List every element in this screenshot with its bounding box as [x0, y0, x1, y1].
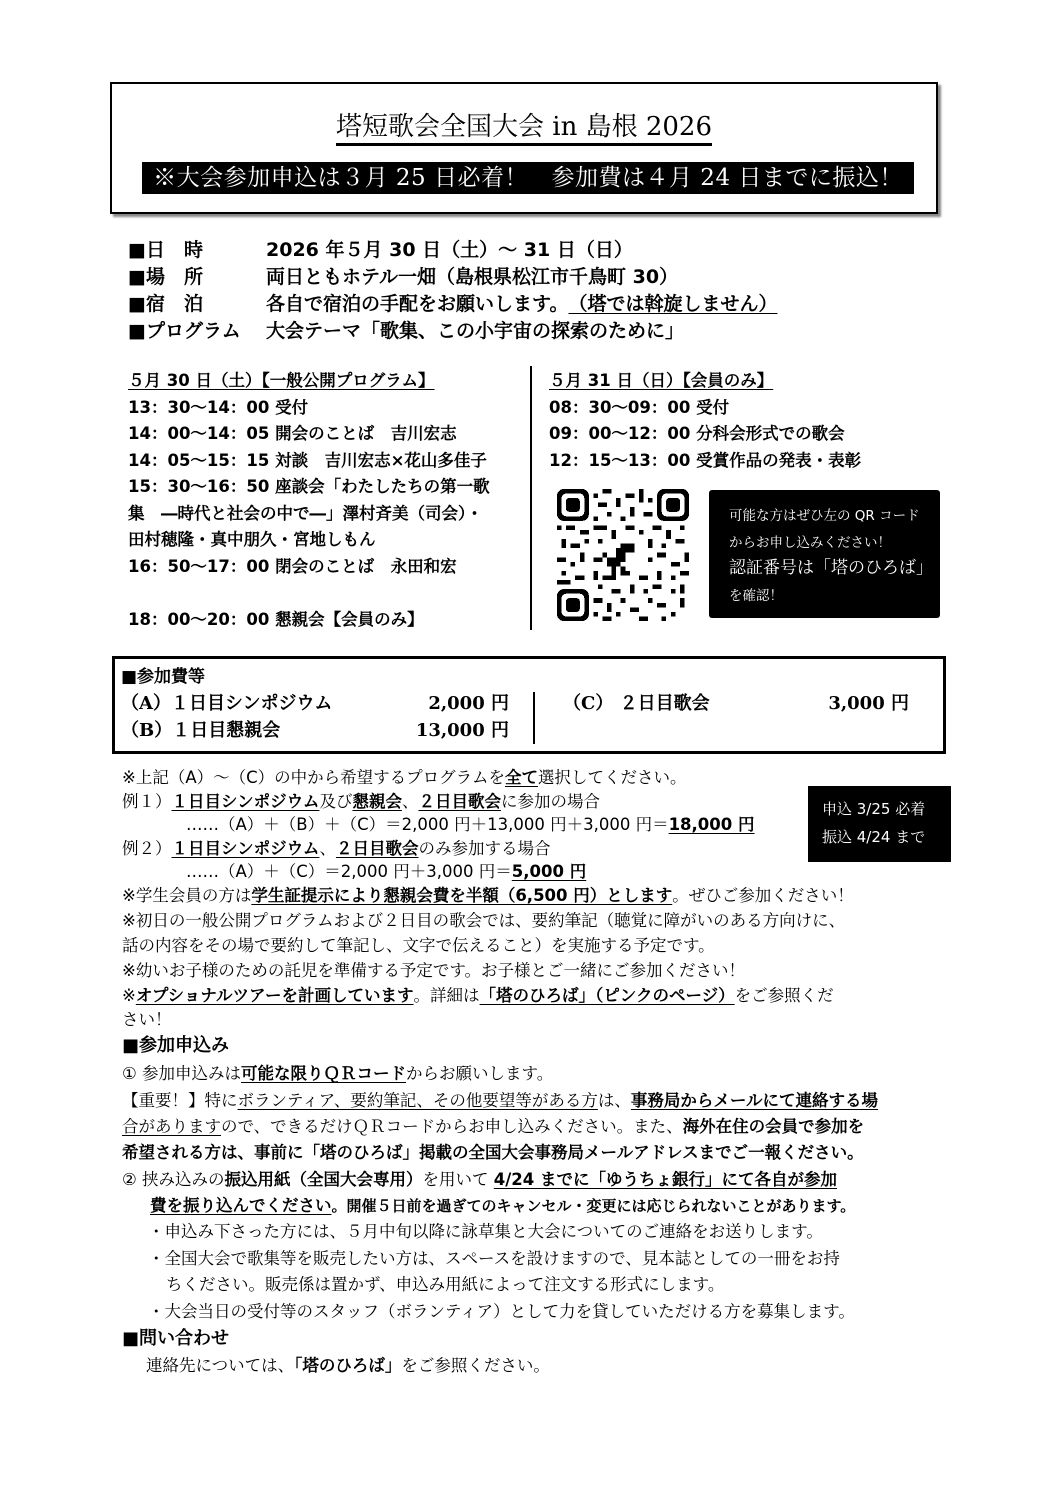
- text: ので、できるだけＱＲコードからお申し込みください。また、: [221, 1117, 683, 1136]
- qr-note-line: からお申し込みください！: [729, 531, 891, 551]
- fee-amount-b: 13,000 円: [385, 716, 509, 742]
- apply-bullet-3: ・大会当日の受付等のスタッフ（ボランティア）として力を貸していただける方を募集し…: [148, 1298, 855, 1322]
- text: のみ参加する場合: [418, 839, 550, 858]
- info-date: ■日 時2026 年５月 30 日（土）～ 31 日（日）: [128, 235, 633, 262]
- text: からお願いします。: [406, 1064, 553, 1083]
- emphasis: 可能な限りＱＲコード: [241, 1064, 406, 1083]
- info-lodging: ■宿 泊各自で宿泊の手配をお願いします。（塔では斡旋しません）: [128, 289, 778, 316]
- note-summary-line1: ※初日の一般公開プログラムおよび２日目の歌会では、要約筆記（聴覚に障がいのある方…: [122, 907, 845, 931]
- apply-item-2: ② 挟み込みの振込用紙（全国大会専用）を用いて 4/24 までに「ゆうちょ銀行」…: [122, 1166, 837, 1190]
- emphasis: ２日目歌会: [418, 792, 501, 811]
- example-1-title: 例１）１日目シンポジウム及び懇親会、２日目歌会に参加の場合: [122, 788, 600, 812]
- info-label: ■宿 泊: [128, 289, 266, 316]
- info-label: ■プログラム: [128, 316, 266, 343]
- schedule-item: 08：30～09：00 受付: [549, 395, 861, 422]
- qr-note-line: 認証番号は「塔のひろば」: [729, 553, 933, 578]
- emphasis: １日目シンポジウム: [172, 839, 320, 858]
- text: 。詳細は: [414, 986, 480, 1005]
- example-1-calc: ……（A）＋（B）＋（C）＝2,000 円＋13,000 円＋3,000 円＝1…: [186, 811, 755, 835]
- schedule-item: 12：15～13：00 受賞作品の発表・表彰: [549, 448, 861, 475]
- note-select-all: ※上記（A）～（C）の中から希望するプログラムを全て選択してください。: [122, 764, 686, 788]
- text: 【重要！】特に: [122, 1091, 238, 1110]
- schedule-item: 18：00～20：00 懇親会【会員のみ】: [128, 607, 490, 634]
- text: ※: [122, 986, 136, 1005]
- text: 、: [402, 792, 419, 811]
- info-label: ■場 所: [128, 262, 266, 289]
- text: ※上記（A）～（C）の中から希望するプログラムを: [122, 768, 505, 787]
- emphasis: 事務局からメールにて連絡する場: [631, 1091, 878, 1110]
- qr-code-icon[interactable]: [554, 489, 692, 621]
- emphasis: １日目シンポジウム: [172, 792, 320, 811]
- text: ……（A）＋（C）＝2,000 円＋3,000 円＝: [186, 862, 512, 881]
- note-childcare: ※幼いお子様のための託児を準備する予定です。お子様とご一緒にご参加ください！: [122, 957, 745, 981]
- apply-item-2-cont: 費を振り込んでください。開催５日前を過ぎてのキャンセル・変更には応じられないこと…: [150, 1192, 855, 1216]
- text: ① 参加申込みは: [122, 1064, 241, 1083]
- text: 。ぜひご参加ください！: [672, 886, 854, 905]
- total: 18,000 円: [669, 815, 755, 834]
- day2-heading: ５月 31 日（日）【会員のみ】: [549, 368, 861, 395]
- text: 、: [319, 839, 336, 858]
- apply-important-3: 希望される方は、事前に「塔のひろば」掲載の全国大会事務局メールアドレスまでご一報…: [122, 1139, 864, 1163]
- emphasis: 「塔のひろば」: [294, 1356, 401, 1375]
- apply-important-1: 【重要！】特にボランティア、要約筆記、その他要望等がある方は、事務局からメールに…: [122, 1087, 878, 1111]
- info-venue: ■場 所両日ともホテル一畑（島根県松江市千鳥町 30）: [128, 262, 678, 289]
- qr-note-line: 可能な方はぜひ左の QR コード: [729, 504, 920, 524]
- schedule-item: 集 ―時代と社会の中で―」澤村斉美（司会）・: [128, 501, 490, 528]
- page-title: 塔短歌会全国大会 in 島根 2026: [112, 106, 936, 143]
- column-divider: [530, 366, 532, 630]
- apply-bullet-1: ・申込み下さった方には、５月中旬以降に詠草集と大会についてのご連絡をお送りします…: [148, 1218, 823, 1242]
- fee-heading: ■参加費等: [121, 662, 205, 687]
- emphasis: 「塔のひろば」（ピンクのページ）: [480, 986, 735, 1005]
- text: 選択してください。: [538, 768, 687, 787]
- text: を用いて: [423, 1170, 494, 1189]
- total: 5,000 円: [512, 862, 586, 881]
- emphasis: ボランティア、要約筆記、その他要望等がある方: [238, 1091, 598, 1110]
- title-box: 塔短歌会全国大会 in 島根 2026 ※大会参加申込は３月 25 日必着！ 参…: [110, 82, 938, 214]
- text: 連絡先については、: [146, 1356, 294, 1375]
- apply-bullet-2-cont: ちください。販売係は置かず、申込み用紙によって注文する形式にします。: [166, 1271, 724, 1295]
- text: をご参照くだ: [735, 986, 834, 1005]
- page-title-text: 塔短歌会全国大会 in 島根 2026: [336, 112, 712, 146]
- fee-label-b: （B）１日目懇親会: [121, 716, 280, 742]
- deadline-banner: ※大会参加申込は３月 25 日必着！ 参加費は４月 24 日までに振込！: [142, 162, 914, 194]
- text: 及び: [319, 792, 352, 811]
- schedule-item: 田村穂隆・真中朋久・宮地しもん: [128, 527, 490, 554]
- qr-note-line: を確認！: [729, 584, 783, 604]
- deadline-payment: 振込 4/24 まで: [822, 826, 925, 847]
- deadline-badge: 申込 3/25 必着 振込 4/24 まで: [808, 786, 951, 862]
- schedule-item: 15：30～16：50 座談会「わたしたちの第一歌: [128, 474, 490, 501]
- contact-heading: ■問い合わせ: [122, 1324, 229, 1350]
- text: に参加の場合: [501, 792, 600, 811]
- emphasis: 振込用紙（全国大会専用）: [225, 1170, 423, 1189]
- schedule-item: 16：50～17：00 閉会のことば 永田和宏: [128, 554, 490, 581]
- fee-table: ■参加費等 （A）１日目シンポジウム 2,000 円 （B）１日目懇親会 13,…: [112, 656, 946, 754]
- emphasis: 4/24 までに「ゆうちょ銀行」にて各自が参加: [494, 1170, 837, 1189]
- schedule-item: [128, 580, 490, 607]
- info-value: 大会テーマ「歌集、この小宇宙の探索のために」: [266, 316, 684, 343]
- fee-label-c: （C） ２日目歌会: [563, 689, 710, 715]
- text: 例２）: [122, 839, 172, 858]
- text: ② 挟み込みの: [122, 1170, 225, 1189]
- text: 。開催５日前を過ぎてのキャンセル・変更には応じられないことがあります。: [332, 1197, 856, 1215]
- text: ※学生会員の方は: [122, 886, 251, 905]
- fee-amount-a: 2,000 円: [385, 689, 509, 715]
- emphasis: 学生証提示により懇親会費を半額（6,500 円）とします: [251, 886, 672, 905]
- apply-item-1: ① 参加申込みは可能な限りＱＲコードからお願いします。: [122, 1060, 553, 1084]
- apply-important-2: 合がありますので、できるだけＱＲコードからお申し込みください。また、海外在住の会…: [122, 1113, 864, 1137]
- info-value: 各自で宿泊の手配をお願いします。: [266, 289, 568, 316]
- emphasis: 費を振り込んでください: [150, 1196, 332, 1215]
- contact-text: 連絡先については、「塔のひろば」をご参照ください。: [146, 1352, 550, 1376]
- deadline-apply: 申込 3/25 必着: [822, 798, 925, 819]
- schedule-item: 14：05～15：15 対談 吉川宏志×花山多佳子: [128, 448, 490, 475]
- example-2-calc: ……（A）＋（C）＝2,000 円＋3,000 円＝5,000 円: [186, 858, 586, 882]
- example-2-title: 例２）１日目シンポジウム、２日目歌会のみ参加する場合: [122, 835, 550, 859]
- text: は、: [598, 1091, 631, 1110]
- emphasis: 海外在住の会員で参加を: [683, 1117, 865, 1136]
- fee-label-a: （A）１日目シンポジウム: [121, 689, 332, 715]
- emphasis: ２日目歌会: [336, 839, 419, 858]
- fee-divider: [533, 692, 535, 744]
- info-label: ■日 時: [128, 235, 266, 262]
- info-value: 2026 年５月 30 日（土）～ 31 日（日）: [266, 235, 633, 262]
- note-student: ※学生会員の方は学生証提示により懇親会費を半額（6,500 円）とします。ぜひご…: [122, 882, 854, 906]
- schedule-item: 14：00～14：05 開会のことば 吉川宏志: [128, 421, 490, 448]
- note-summary-line2: 話の内容をその場で要約して筆記し、文字で伝えること）を実施する予定です。: [122, 932, 715, 956]
- schedule-item: 09：00～12：00 分科会形式での歌会: [549, 421, 861, 448]
- apply-bullet-2: ・全国大会で歌集等を販売したい方は、スペースを設けますので、見本誌としての一冊を…: [148, 1245, 840, 1269]
- day1-heading: ５月 30 日（土）【一般公開プログラム】: [128, 368, 490, 395]
- text: ……（A）＋（B）＋（C）＝2,000 円＋13,000 円＋3,000 円＝: [186, 815, 669, 834]
- emphasis: 合があります: [122, 1117, 221, 1136]
- day2-schedule: ５月 31 日（日）【会員のみ】 08：30～09：00 受付 09：00～12…: [549, 368, 861, 474]
- day1-schedule: ５月 30 日（土）【一般公開プログラム】 13：30～14：00 受付 14：…: [128, 368, 490, 633]
- qr-instructions: 可能な方はぜひ左の QR コード からお申し込みください！ 認証番号は「塔のひろ…: [709, 490, 940, 618]
- text: をご参照ください。: [401, 1356, 550, 1375]
- apply-heading: ■参加申込み: [122, 1031, 229, 1057]
- info-note: （塔では斡旋しません）: [568, 293, 777, 315]
- fee-amount-c: 3,000 円: [785, 689, 909, 715]
- text: 例１）: [122, 792, 172, 811]
- emphasis: オプショナルツアーを計画しています: [136, 986, 414, 1005]
- info-program: ■プログラム大会テーマ「歌集、この小宇宙の探索のために」: [128, 316, 684, 343]
- note-tour: ※オプショナルツアーを計画しています。詳細は「塔のひろば」（ピンクのページ）をご…: [122, 982, 834, 1006]
- info-value: 両日ともホテル一畑（島根県松江市千鳥町 30）: [266, 262, 678, 289]
- emphasis: 懇親会: [352, 792, 402, 811]
- note-tour-cont: さい！: [122, 1006, 172, 1030]
- emphasis: 全て: [505, 768, 538, 787]
- schedule-item: 13：30～14：00 受付: [128, 395, 490, 422]
